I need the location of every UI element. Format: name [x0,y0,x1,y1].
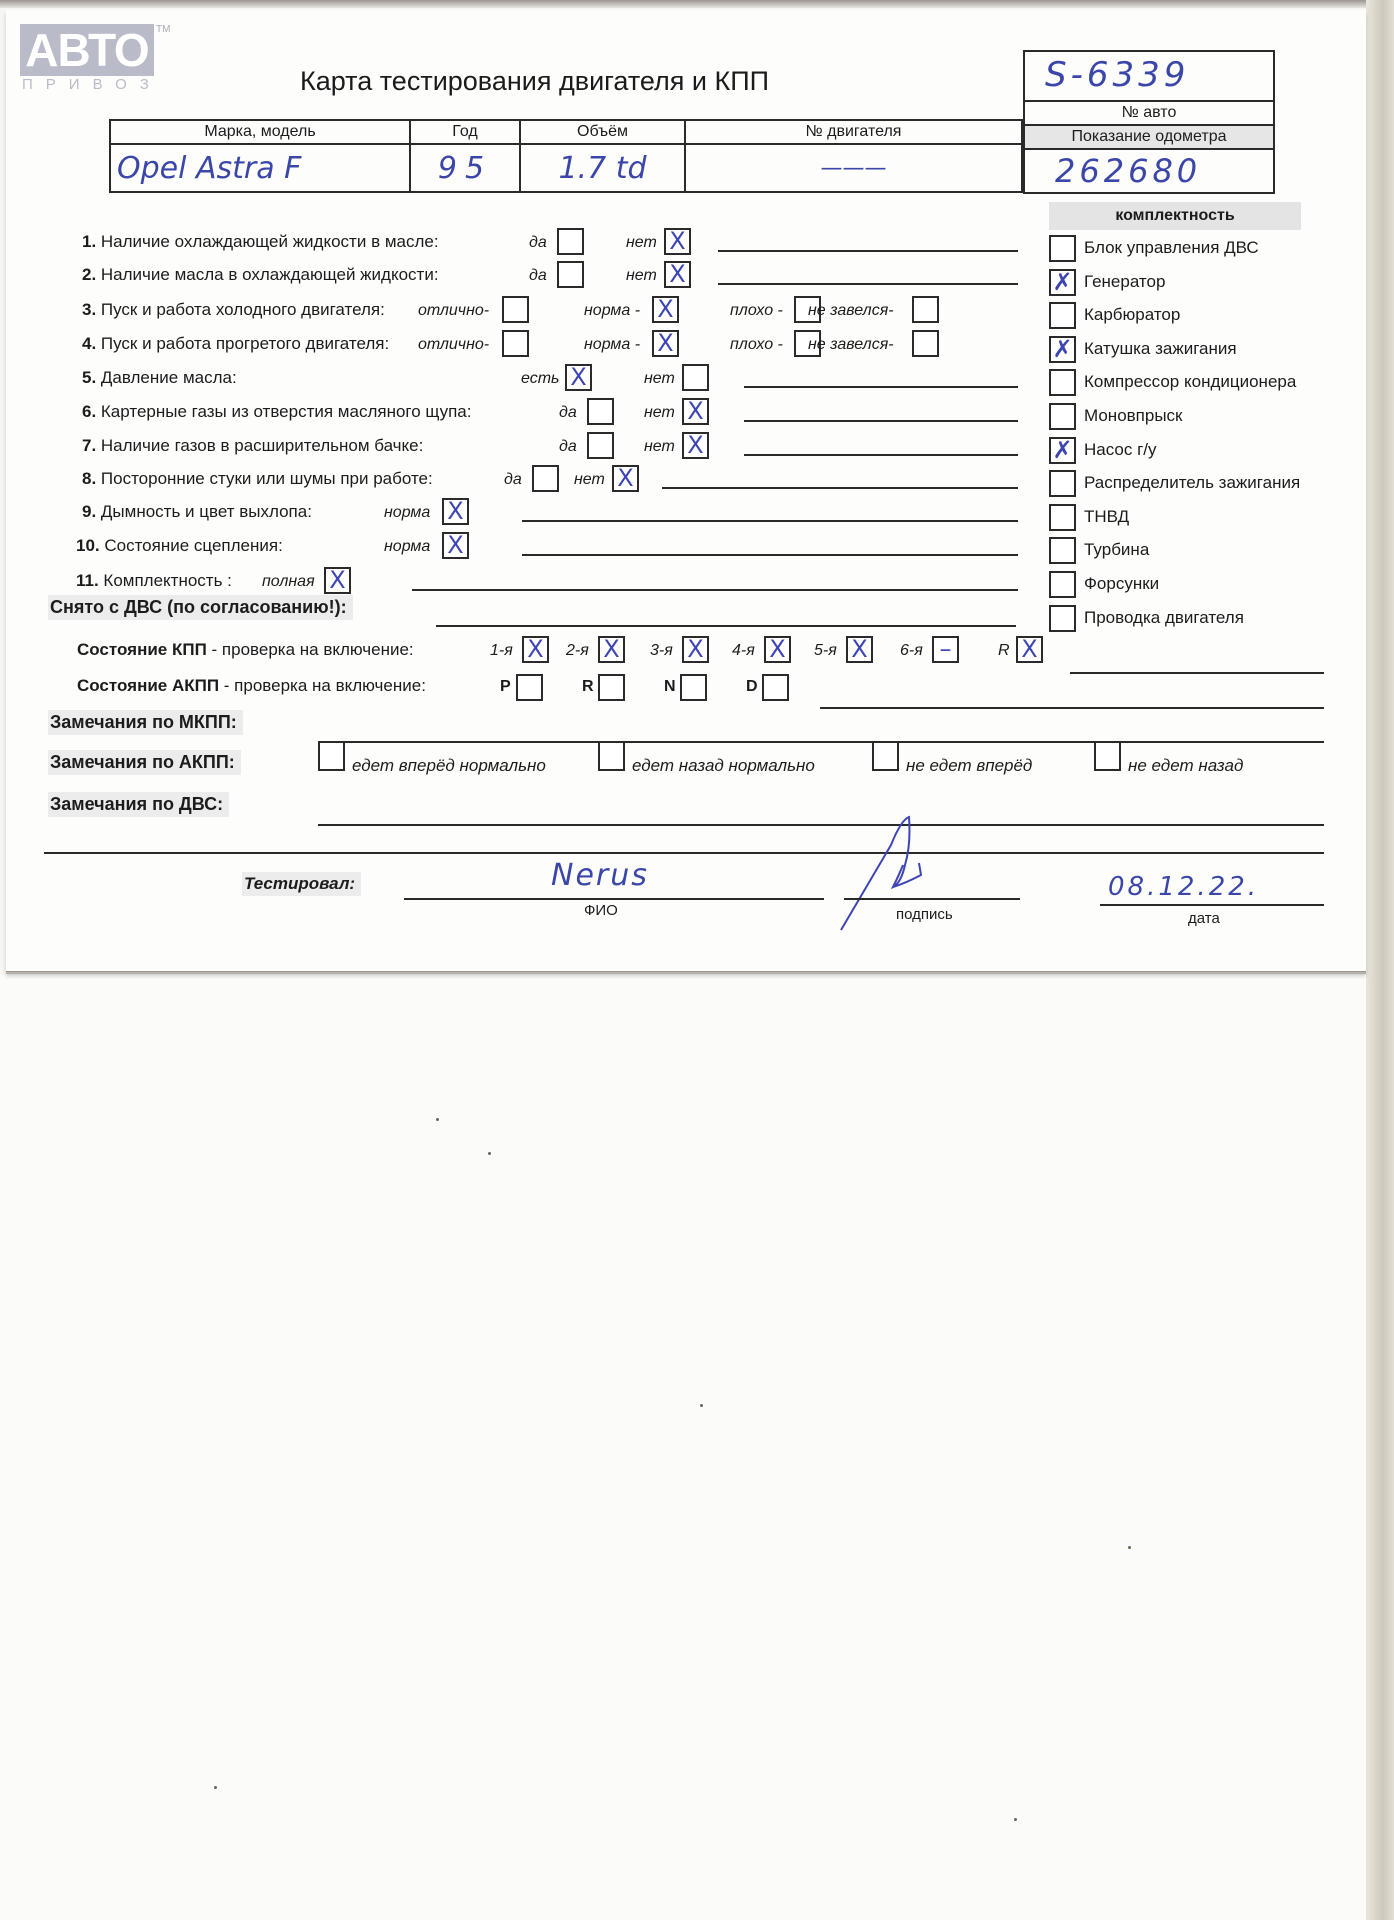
option-label: да [529,267,547,285]
name-caption: ФИО [584,902,618,919]
extra-remarks-line[interactable] [44,852,1324,854]
option-checkbox[interactable]: X [664,228,691,255]
option-label: плохо - [730,302,783,320]
question-row: 4. Пуск и работа прогретого двигателя: [82,334,389,354]
question-number: 5. [82,368,101,387]
mkpp-remarks-line[interactable] [318,741,1324,743]
check-mark-icon: X [567,362,590,392]
question-text: Пуск и работа холодного двигателя: [101,300,385,319]
gear-checkbox[interactable]: X [682,636,709,663]
mkpp-remarks-label: Замечания по МКПП: [48,710,243,735]
scan-speck [488,1152,491,1155]
komplektnost-item-label: Катушка зажигания [1084,339,1237,359]
question-number: 11. [76,571,103,590]
scan-speck [214,1786,217,1789]
logo-trademark: TM [156,24,170,35]
option-label: норма - [584,302,640,320]
removed-from-engine-line[interactable] [436,625,1016,627]
date-caption: дата [1188,910,1220,927]
scan-speck [436,1118,439,1121]
komplektnost-checkbox[interactable]: ✗ [1049,336,1076,363]
option-checkbox[interactable]: X [565,364,592,391]
question-text: Наличие охлаждающей жидкости в масле: [101,232,439,251]
komplektnost-item-label: ТНВД [1084,507,1129,527]
gear-label: 3-я [650,642,673,660]
question-number: 7. [82,436,101,455]
option-label: нет [644,404,675,422]
question-text: Посторонние стуки или шумы при работе: [101,469,433,488]
option-label: нет [644,438,675,456]
gear-checkbox[interactable]: X [846,636,873,663]
question-text: Состояние сцепления: [104,536,282,555]
option-checkbox[interactable] [557,228,584,255]
gear-label: 1-я [490,642,513,660]
scan-edge-right [1366,0,1394,1920]
gear-checkbox[interactable]: – [932,636,959,663]
option-checkbox[interactable] [587,398,614,425]
col-year: Год [410,120,520,144]
question-row: 3. Пуск и работа холодного двигателя: [82,300,385,320]
option-label: да [529,234,547,252]
question-row: 11. Комплектность : [76,571,232,591]
komplektnost-checkbox[interactable] [1049,504,1076,531]
komplektnost-checkbox[interactable]: ✗ [1049,269,1076,296]
check-mark-icon: X [600,634,623,664]
question-row: 1. Наличие охлаждающей жидкости в масле: [82,232,439,252]
name-line [404,898,824,900]
tester-name-value[interactable]: Nerus [551,858,649,893]
option-checkbox[interactable] [682,364,709,391]
option-label: отлично- [418,336,489,354]
kpp-label: Состояние КПП - проверка на включение: [77,640,414,660]
signature-caption: подпись [896,906,953,923]
check-mark-icon: X [684,430,707,460]
option-label: нет [626,267,657,285]
check-mark-icon: ✗ [1051,334,1074,364]
make-model-value[interactable]: Opel Astra F [110,144,410,192]
option-checkbox[interactable] [912,296,939,323]
akpp-position-checkbox[interactable] [598,674,625,701]
option-checkbox[interactable] [502,330,529,357]
logo-subtitle: ПРИВОЗ [22,76,162,93]
question-row: 9. Дымность и цвет выхлопа: [82,502,312,522]
option-checkbox[interactable] [557,261,584,288]
question-number: 4. [82,334,101,353]
option-label: отлично- [418,302,489,320]
option-label: норма - [584,336,640,354]
check-mark-icon: X [766,634,789,664]
komplektnost-checkbox[interactable] [1049,605,1076,632]
question-row: 5. Давление масла: [82,368,237,388]
comment-line[interactable] [522,554,1018,556]
komplektnost-checkbox[interactable] [1049,403,1076,430]
gear-label: 2-я [566,642,589,660]
option-label: норма [384,504,430,522]
scan-speck [1128,1546,1131,1549]
check-mark-icon: X [444,530,467,560]
option-checkbox[interactable] [587,432,614,459]
odometer-label: Показание одометра [1025,126,1273,150]
date-line [1100,904,1324,906]
question-number: 1. [82,232,101,251]
auto-number-value[interactable]: S-6339 [1025,52,1273,102]
col-volume: Объём [520,120,685,144]
akpp-remark-checkbox[interactable] [598,741,625,771]
akpp-remarks-label: Замечания по АКПП: [48,750,241,775]
option-checkbox[interactable]: X [682,432,709,459]
komplektnost-item-label: Блок управления ДВС [1084,238,1259,258]
question-number: 2. [82,265,101,284]
option-label: плохо - [730,336,783,354]
option-label: нет [626,234,657,252]
komplektnost-checkbox[interactable] [1049,537,1076,564]
removed-from-engine-label: Снято с ДВС (по согласованию!): [48,595,353,620]
auto-number-label: № авто [1025,102,1273,126]
option-label: да [504,471,522,489]
check-mark-icon: – [934,634,957,664]
option-checkbox[interactable]: X [442,498,469,525]
option-checkbox[interactable] [912,330,939,357]
akpp-position-label: N [664,678,676,696]
scan-speck [1014,1818,1017,1821]
signature-line [844,898,1020,900]
komplektnost-checkbox[interactable]: ✗ [1049,437,1076,464]
check-mark-icon: X [848,634,871,664]
question-number: 9. [82,502,101,521]
form-title: Карта тестирования двигателя и КПП [300,66,769,97]
gear-checkbox[interactable]: X [764,636,791,663]
akpp-remark-label: не едет назад [1128,756,1243,776]
option-checkbox[interactable]: X [652,330,679,357]
question-number: 8. [82,469,101,488]
tested-by-label: Тестировал: [242,872,361,896]
gear-checkbox[interactable]: X [522,636,549,663]
akpp-label: Состояние АКПП - проверка на включение: [77,676,426,696]
check-mark-icon: X [1018,634,1041,664]
akpp-position-checkbox[interactable] [516,674,543,701]
question-text: Наличие масла в охлаждающей жидкости: [101,265,439,284]
question-number: 3. [82,300,101,319]
question-number: 6. [82,402,101,421]
komplektnost-checkbox[interactable] [1049,302,1076,329]
question-row: 10. Состояние сцепления: [76,536,283,556]
question-text: Давление масла: [101,368,237,387]
check-mark-icon: X [524,634,547,664]
akpp-remark-label: едет назад нормально [632,756,815,776]
akpp-remark-label: не едет вперёд [906,756,1032,776]
option-label: полная [262,573,315,591]
check-mark-icon: X [684,634,707,664]
gear-label: R [998,642,1010,660]
option-label: нет [574,471,605,489]
komplektnost-heading: комплектность [1049,202,1301,230]
question-text: Дымность и цвет выхлопа: [101,502,312,521]
option-checkbox[interactable]: X [324,567,351,594]
year-value[interactable]: 95 [410,144,520,192]
question-text: Наличие газов в расширительном бачке: [101,436,423,455]
gear-label: 4-я [732,642,755,660]
check-mark-icon: ✗ [1051,267,1074,297]
komplektnost-item-label: Компрессор кондиционера [1084,372,1296,392]
akpp-notes-line[interactable] [820,707,1324,709]
comment-line[interactable] [744,420,1018,422]
dvs-remarks-label: Замечания по ДВС: [48,792,229,817]
blank-backing-sheet [0,975,1366,1920]
komplektnost-checkbox[interactable] [1049,235,1076,262]
check-mark-icon: X [666,226,689,256]
komplektnost-item-label: Карбюратор [1084,305,1180,325]
date-value[interactable]: 08.12.22. [1108,872,1259,902]
gear-label: 6-я [900,642,923,660]
comment-line[interactable] [522,520,1018,522]
gear-checkbox[interactable]: X [1016,636,1043,663]
question-text: Комплектность : [103,571,231,590]
question-text: Пуск и работа прогретого двигателя: [101,334,389,353]
odometer-value[interactable]: 262680 [1025,150,1273,194]
akpp-position-label: D [746,678,758,696]
option-label: не завелся- [808,302,894,320]
option-label: норма [384,538,430,556]
comment-line[interactable] [744,386,1018,388]
option-checkbox[interactable] [532,465,559,492]
option-label: не завелся- [808,336,894,354]
komplektnost-checkbox[interactable] [1049,571,1076,598]
option-label: да [559,438,577,456]
check-mark-icon: X [654,294,677,324]
question-text: Картерные газы из отверстия масляного щу… [101,402,472,421]
check-mark-icon: X [444,496,467,526]
option-checkbox[interactable]: X [612,465,639,492]
avto-privoz-logo: АВТО [20,24,154,76]
komplektnost-item-label: Форсунки [1084,574,1159,594]
question-row: 8. Посторонние стуки или шумы при работе… [82,469,433,489]
akpp-remark-checkbox[interactable] [1094,741,1121,771]
comment-line[interactable] [662,487,1018,489]
col-make-model: Марка, модель [110,120,410,144]
option-checkbox[interactable]: X [652,296,679,323]
komplektnost-item-label: Насос г/у [1084,440,1157,460]
komplektnost-checkbox[interactable] [1049,369,1076,396]
gear-label: 5-я [814,642,837,660]
dvs-remarks-line[interactable] [318,824,1324,826]
option-label: нет [644,370,675,388]
comment-line[interactable] [744,454,1018,456]
question-row: 7. Наличие газов в расширительном бачке: [82,436,423,456]
komplektnost-item-label: Турбина [1084,540,1149,560]
akpp-position-label: R [582,678,594,696]
comment-line[interactable] [412,589,1018,591]
kpp-notes-line[interactable] [1070,672,1324,674]
vehicle-info-table: Марка, модель Год Объём № двигателя Opel… [109,119,1023,193]
check-mark-icon: X [326,565,349,595]
komplektnost-item-label: Распределитель зажигания [1084,473,1300,493]
akpp-remark-label: едет вперёд нормально [352,756,546,776]
check-mark-icon: X [684,396,707,426]
comment-line[interactable] [718,250,1018,252]
check-mark-icon: X [614,463,637,493]
check-mark-icon: X [654,328,677,358]
question-row: 6. Картерные газы из отверстия масляного… [82,402,471,422]
option-checkbox[interactable]: X [442,532,469,559]
komplektnost-item-label: Моновпрыск [1084,406,1183,426]
question-row: 2. Наличие масла в охлаждающей жидкости: [82,265,439,285]
akpp-position-checkbox[interactable] [762,674,789,701]
option-checkbox[interactable]: X [682,398,709,425]
option-label: да [559,404,577,422]
check-mark-icon: ✗ [1051,435,1074,465]
scan-edge-top [0,0,1394,8]
engine-test-card: АВТО TM ПРИВОЗ Карта тестирования двигат… [6,10,1366,972]
option-checkbox[interactable]: X [664,261,691,288]
option-label: есть [521,370,559,388]
engine-number-value[interactable]: ——— [685,144,1022,192]
auto-info-box: S-6339 № авто Показание одометра 262680 [1023,50,1275,194]
check-mark-icon: X [666,259,689,289]
akpp-position-label: P [500,678,511,696]
scan-speck [700,1404,703,1407]
akpp-position-checkbox[interactable] [680,674,707,701]
col-engine-number: № двигателя [685,120,1022,144]
akpp-remark-checkbox[interactable] [872,741,899,771]
komplektnost-checkbox[interactable] [1049,470,1076,497]
komplektnost-item-label: Проводка двигателя [1084,608,1244,628]
gear-checkbox[interactable]: X [598,636,625,663]
komplektnost-item-label: Генератор [1084,272,1165,292]
option-checkbox[interactable] [502,296,529,323]
comment-line[interactable] [718,283,1018,285]
volume-value[interactable]: 1.7 td [520,144,685,192]
question-number: 10. [76,536,104,555]
akpp-remark-checkbox[interactable] [318,741,345,771]
